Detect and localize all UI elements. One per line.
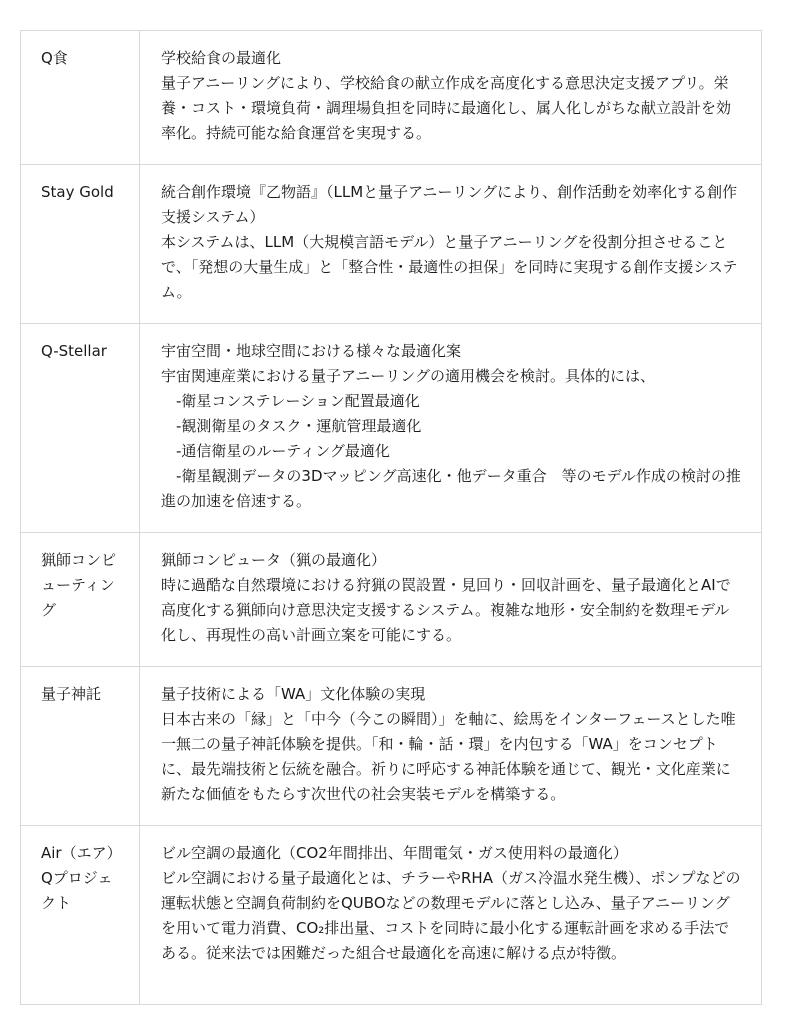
project-description: 猟師コンピュータ（猟の最適化） 時に過酷な自然環境における狩猟の罠設置・見回り・… — [140, 533, 762, 667]
project-title: 学校給食の最適化 — [161, 46, 741, 71]
project-title: 宇宙空間・地球空間における様々な最適化案 — [161, 339, 741, 364]
project-body: 日本古来の「縁」と「中今（今この瞬間）」を軸に、絵馬をインターフェースとした唯一… — [161, 707, 741, 807]
project-bullet: -衛星観測データの3Dマッピング高速化・他データ重合 等のモデル作成の検討の推進… — [161, 464, 741, 514]
project-body: 時に過酷な自然環境における狩猟の罠設置・見回り・回収計画を、量子最適化とAIで高… — [161, 573, 741, 648]
project-name: 猟師コンピューティング — [21, 533, 140, 667]
project-body: ビル空調における量子最適化とは、チラーやRHA（ガス冷温水発生機）、ポンプなどの… — [161, 866, 741, 966]
project-description: ビル空調の最適化（CO2年間排出、年間電気・ガス使用料の最適化） ビル空調におけ… — [140, 826, 762, 1005]
projects-table: Q食 学校給食の最適化 量子アニーリングにより、学校給食の献立作成を高度化する意… — [20, 30, 762, 1005]
table-row: 量子神託 量子技術による「WA」文化体験の実現 日本古来の「縁」と「中今（今この… — [21, 667, 762, 826]
project-body: 量子アニーリングにより、学校給食の献立作成を高度化する意思決定支援アプリ。栄養・… — [161, 71, 741, 146]
project-name: Stay Gold — [21, 165, 140, 324]
project-description: 学校給食の最適化 量子アニーリングにより、学校給食の献立作成を高度化する意思決定… — [140, 31, 762, 165]
table-row: Stay Gold 統合創作環境『乙物語』（LLMと量子アニーリングにより、創作… — [21, 165, 762, 324]
project-name: Air（エア）Qプロジェクト — [21, 826, 140, 1005]
project-bullet: -観測衛星のタスク・運航管理最適化 — [161, 414, 741, 439]
project-name: Q-Stellar — [21, 324, 140, 533]
project-body: 本システムは、LLM（大規模言語モデル）と量子アニーリングを役割分担させることで… — [161, 230, 741, 305]
project-description: 統合創作環境『乙物語』（LLMと量子アニーリングにより、創作活動を効率化する創作… — [140, 165, 762, 324]
project-title: 量子技術による「WA」文化体験の実現 — [161, 682, 741, 707]
project-title: 猟師コンピュータ（猟の最適化） — [161, 548, 741, 573]
project-title: ビル空調の最適化（CO2年間排出、年間電気・ガス使用料の最適化） — [161, 841, 741, 866]
project-name: 量子神託 — [21, 667, 140, 826]
table-row: Q-Stellar 宇宙空間・地球空間における様々な最適化案 宇宙関連産業におけ… — [21, 324, 762, 533]
project-name: Q食 — [21, 31, 140, 165]
project-title: 統合創作環境『乙物語』（LLMと量子アニーリングにより、創作活動を効率化する創作… — [161, 180, 741, 230]
project-description: 宇宙空間・地球空間における様々な最適化案 宇宙関連産業における量子アニーリングの… — [140, 324, 762, 533]
table-row: Q食 学校給食の最適化 量子アニーリングにより、学校給食の献立作成を高度化する意… — [21, 31, 762, 165]
table-row: 猟師コンピューティング 猟師コンピュータ（猟の最適化） 時に過酷な自然環境におけ… — [21, 533, 762, 667]
table-row: Air（エア）Qプロジェクト ビル空調の最適化（CO2年間排出、年間電気・ガス使… — [21, 826, 762, 1005]
project-bullet: -衛星コンステレーション配置最適化 — [161, 389, 741, 414]
project-body: 宇宙関連産業における量子アニーリングの適用機会を検討。具体的には、 — [161, 364, 741, 389]
project-description: 量子技術による「WA」文化体験の実現 日本古来の「縁」と「中今（今この瞬間）」を… — [140, 667, 762, 826]
project-bullet: -通信衛星のルーティング最適化 — [161, 439, 741, 464]
